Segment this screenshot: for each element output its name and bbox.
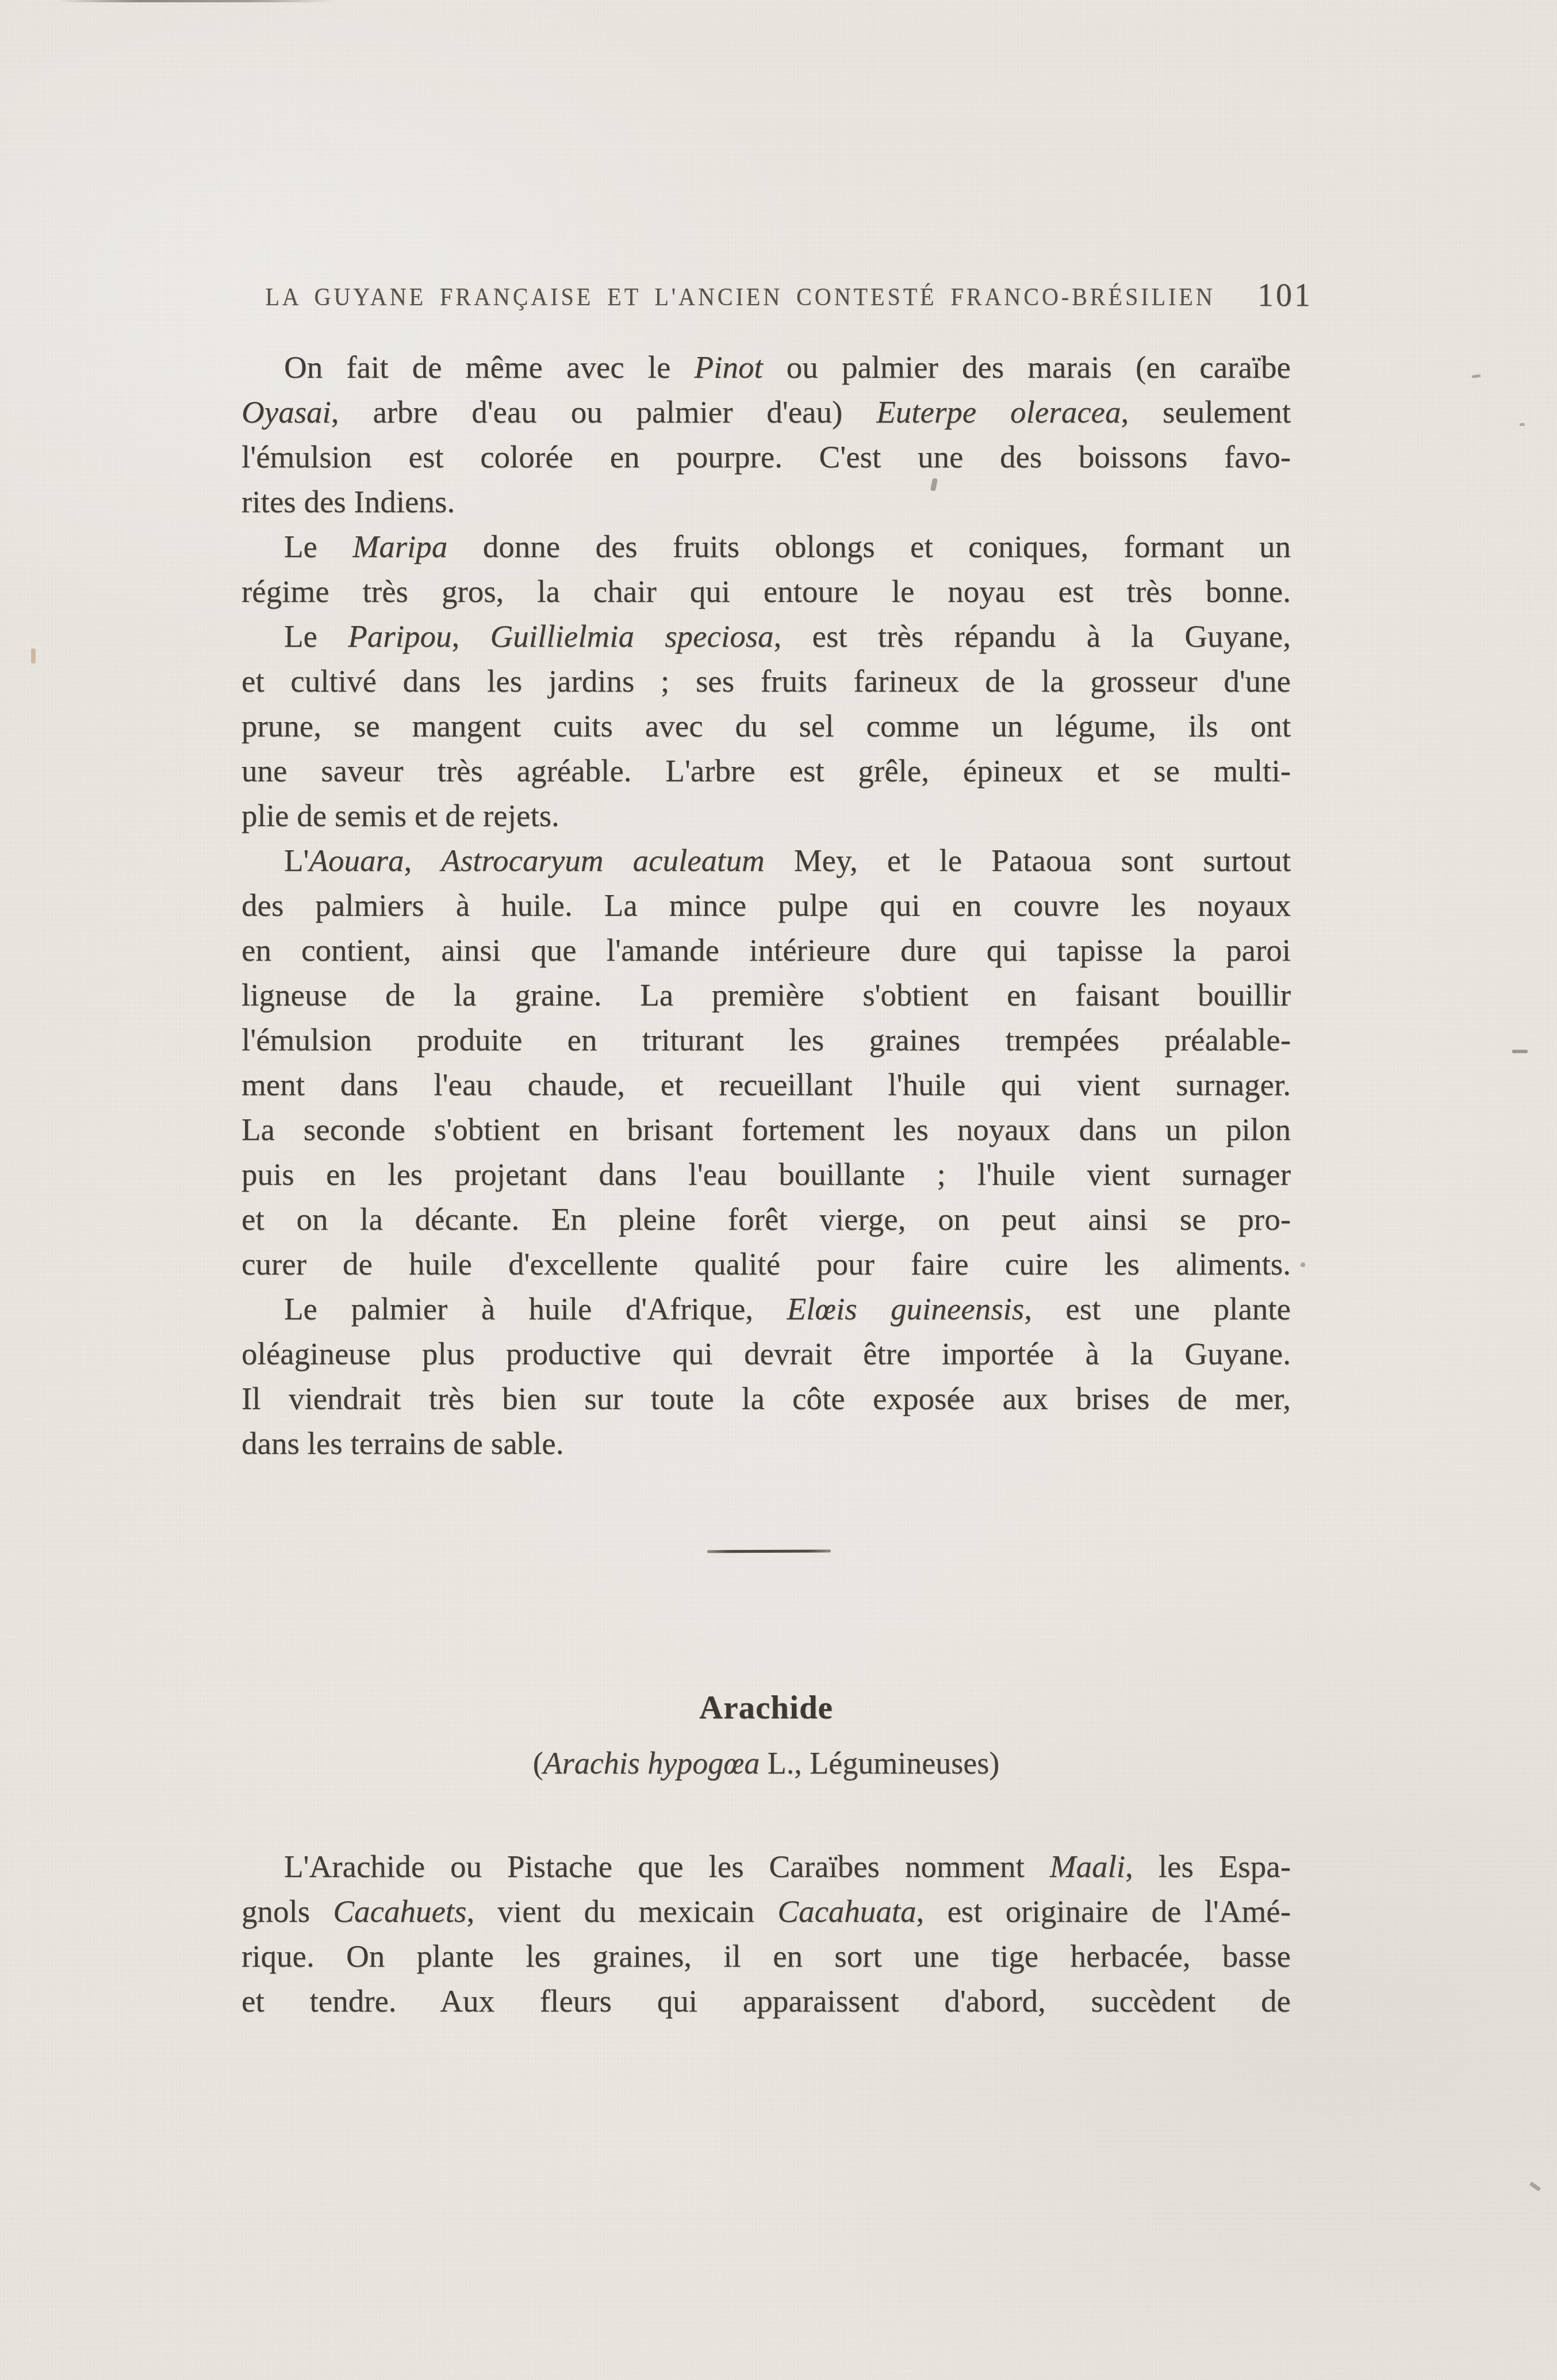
text-line: rique. On plante les graines, il en sort… (241, 1934, 1291, 1979)
text-run: curer de huile d'excellente qualité pour… (241, 1246, 1291, 1281)
text-run: ligneuse de la graine. La première s'obt… (241, 977, 1291, 1012)
italic-text: Cacahuata (777, 1894, 916, 1929)
text-line: ligneuse de la graine. La première s'obt… (241, 973, 1291, 1018)
ink-speck (1520, 423, 1525, 426)
text-line: L'Aouara, Astrocaryum aculeatum Mey, et … (241, 838, 1291, 883)
text-run: ou palmier des marais (en caraïbe (763, 350, 1291, 385)
text-line: prune, se mangent cuits avec du sel comm… (241, 704, 1291, 748)
body-text: On fait de même avec le Pinot ou palmier… (241, 345, 1291, 1466)
text-run: des palmiers à huile. La mince pulpe qui… (241, 888, 1291, 923)
italic-text: Pinot (695, 350, 763, 385)
text-line: curer de huile d'excellente qualité pour… (241, 1242, 1291, 1287)
italic-text: Elœis guineensis (787, 1291, 1024, 1326)
text-run: en contient, ainsi que l'amande intérieu… (241, 932, 1291, 968)
text-run: une saveur très agréable. L'arbre est gr… (241, 753, 1291, 788)
page-number: 101 (1257, 277, 1313, 314)
text-run: l'émulsion produite en triturant les gra… (241, 1022, 1291, 1057)
text-run: , est originaire de l'Amé- (916, 1894, 1291, 1929)
text-line: L'Arachide ou Pistache que les Caraïbes … (241, 1844, 1291, 1889)
book-page-scan: LA GUYANE FRANÇAISE ET L'ANCIEN CONTESTÉ… (0, 0, 1557, 2380)
italic-text: Euterpe oleracea (876, 394, 1121, 429)
italic-text: Astrocaryum aculeatum (441, 843, 764, 878)
text-run: rites des Indiens. (241, 484, 455, 519)
text-run: Mey, et le Pataoua sont surtout (765, 843, 1291, 878)
text-run: Il viendrait très bien sur toute la côte… (241, 1381, 1291, 1416)
text-run: et tendre. Aux fleurs qui apparaissent d… (241, 1983, 1291, 2018)
section-title: Arachide (241, 1689, 1291, 1726)
italic-text: Arachis hypogœa (543, 1746, 760, 1780)
italic-text: Maali (1050, 1849, 1125, 1884)
text-run: plie de semis et de rejets. (241, 798, 559, 833)
text-run: , seulement (1121, 394, 1291, 429)
text-run: oléagineuse plus productive qui devrait … (241, 1336, 1291, 1371)
text-line: La seconde s'obtient en brisant fortemen… (241, 1107, 1291, 1152)
text-run: On fait de même avec le (284, 350, 695, 385)
text-run: ment dans l'eau chaude, et recueillant l… (241, 1067, 1291, 1102)
text-run: , arbre d'eau ou palmier d'eau) (331, 394, 876, 429)
text-run: rique. On plante les graines, il en sort… (241, 1938, 1291, 1974)
text-run: l'émulsion est colorée en pourpre. C'est… (241, 439, 1291, 474)
section-subtitle: (Arachis hypogœa L., Légumineuses) (241, 1745, 1291, 1781)
ink-speck (1529, 2182, 1541, 2191)
text-line: une saveur très agréable. L'arbre est gr… (241, 748, 1291, 793)
text-run: , vient du mexicain (467, 1894, 778, 1929)
text-line: Le palmier à huile d'Afrique, Elœis guin… (241, 1287, 1291, 1331)
text-line: et on la décante. En pleine forêt vierge… (241, 1197, 1291, 1242)
text-line: Le Paripou, Guillielmia speciosa, est tr… (241, 614, 1291, 659)
text-line: ment dans l'eau chaude, et recueillant l… (241, 1062, 1291, 1107)
text-run: puis en les projetant dans l'eau bouilla… (241, 1157, 1291, 1192)
text-line: rites des Indiens. (241, 479, 1291, 524)
text-line: puis en les projetant dans l'eau bouilla… (241, 1152, 1291, 1197)
text-run: donne des fruits oblongs et coniques, fo… (447, 529, 1291, 564)
text-run: et cultivé dans les jardins ; ses fruits… (241, 663, 1291, 698)
text-run: Le (284, 529, 352, 564)
text-line: et cultivé dans les jardins ; ses fruits… (241, 659, 1291, 704)
running-header: LA GUYANE FRANÇAISE ET L'ANCIEN CONTESTÉ… (241, 283, 1291, 317)
text-run: , est très répandu à la Guyane, (774, 619, 1291, 654)
italic-text: Guillielmia speciosa (490, 619, 773, 654)
text-run: , les Espa- (1125, 1849, 1291, 1884)
text-line: gnols Cacahuets, vient du mexicain Cacah… (241, 1889, 1291, 1934)
italic-text: Cacahuets (333, 1894, 466, 1929)
text-run: ( (533, 1746, 543, 1780)
italic-text: Paripou (348, 619, 451, 654)
text-line: et tendre. Aux fleurs qui apparaissent d… (241, 1979, 1291, 2024)
text-line: oléagineuse plus productive qui devrait … (241, 1331, 1291, 1376)
text-line: Oyasai, arbre d'eau ou palmier d'eau) Eu… (241, 390, 1291, 435)
section-separator-rule (707, 1550, 831, 1553)
text-line: en contient, ainsi que l'amande intérieu… (241, 928, 1291, 973)
text-line: l'émulsion produite en triturant les gra… (241, 1018, 1291, 1062)
text-line: l'émulsion est colorée en pourpre. C'est… (241, 435, 1291, 479)
text-run: , (451, 619, 490, 654)
text-run: , est une plante (1024, 1291, 1291, 1326)
text-run: dans les terrains de sable. (241, 1426, 564, 1461)
text-line: plie de semis et de rejets. (241, 793, 1291, 838)
text-run: prune, se mangent cuits avec du sel comm… (241, 708, 1291, 743)
arachide-paragraph: L'Arachide ou Pistache que les Caraïbes … (241, 1844, 1291, 2024)
text-run: Le (284, 619, 348, 654)
running-title: LA GUYANE FRANÇAISE ET L'ANCIEN CONTESTÉ… (241, 281, 1239, 312)
text-line: dans les terrains de sable. (241, 1421, 1291, 1466)
text-line: régime très gros, la chair qui entoure l… (241, 569, 1291, 614)
text-line: des palmiers à huile. La mince pulpe qui… (241, 883, 1291, 928)
text-line: On fait de même avec le Pinot ou palmier… (241, 345, 1291, 390)
text-run: L., Légumineuses) (760, 1746, 999, 1780)
italic-text: Aouara (309, 843, 404, 878)
paper-fiber-mark (31, 648, 36, 663)
text-run: L' (284, 843, 309, 878)
italic-text: Maripa (352, 529, 447, 564)
italic-text: Oyasai (241, 394, 331, 429)
text-run: , (404, 843, 442, 878)
text-run: L'Arachide ou Pistache que les Caraïbes … (284, 1849, 1050, 1884)
text-run: gnols (241, 1894, 333, 1929)
text-run: Le palmier à huile d'Afrique, (284, 1291, 787, 1326)
text-run: La seconde s'obtient en brisant fortemen… (241, 1112, 1291, 1147)
text-run: régime très gros, la chair qui entoure l… (241, 574, 1291, 609)
text-line: Le Maripa donne des fruits oblongs et co… (241, 524, 1291, 569)
scan-edge-shadow (57, 0, 333, 2)
text-line: Il viendrait très bien sur toute la côte… (241, 1376, 1291, 1421)
text-run: et on la décante. En pleine forêt vierge… (241, 1201, 1291, 1237)
ink-speck (1512, 1050, 1528, 1053)
ink-speck (1301, 1262, 1305, 1267)
ink-speck (1472, 374, 1481, 378)
